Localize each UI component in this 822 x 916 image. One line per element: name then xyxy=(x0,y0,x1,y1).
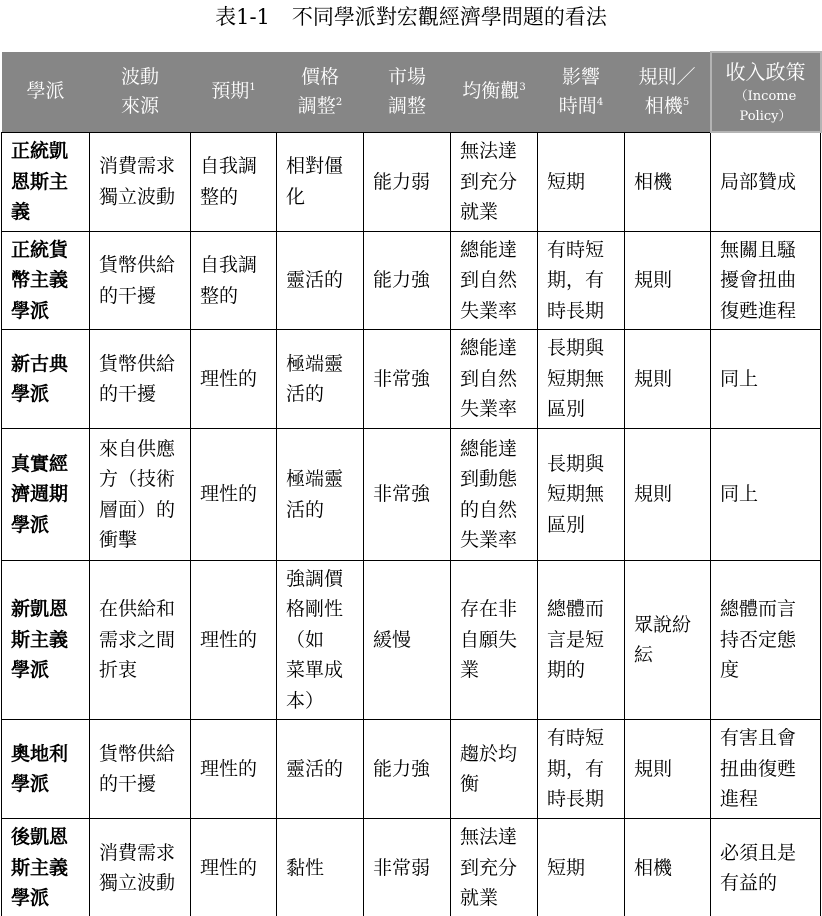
header-time: 影響 時間4 xyxy=(538,52,625,132)
cell-time: 有時短 期，有 時長期 xyxy=(538,720,625,819)
cell-rule: 相機 xyxy=(625,132,711,232)
cell-expectation: 自我調 整的 xyxy=(191,232,277,330)
cell-source: 在供給和 需求之間 折衷 xyxy=(90,561,191,720)
table-caption: 不同學派對宏觀經濟學問題的看法 xyxy=(292,5,607,29)
cell-time: 長期與 短期無 區別 xyxy=(538,429,625,561)
cell-school: 後凱恩 斯主義 學派 xyxy=(2,819,90,916)
cell-price: 極端靈 活的 xyxy=(277,330,364,429)
table-row: 新凱恩 斯主義 學派在供給和 需求之間 折衷理性的強調價 格剛性 （如 菜單成 … xyxy=(2,561,821,720)
table-row: 真實經 濟週期 學派來自供應 方（技術 層面）的 衝擊理性的極端靈 活的非常強總… xyxy=(2,429,821,561)
cell-income: 無關且騷 擾會扭曲 復甦進程 xyxy=(711,232,821,330)
cell-time: 有時短 期，有 時長期 xyxy=(538,232,625,330)
cell-school: 新古典 學派 xyxy=(2,330,90,429)
cell-market: 能力強 xyxy=(364,720,451,819)
cell-source: 貨幣供給 的干擾 xyxy=(90,720,191,819)
cell-market: 非常弱 xyxy=(364,819,451,916)
cell-expectation: 理性的 xyxy=(191,720,277,819)
cell-expectation: 理性的 xyxy=(191,429,277,561)
cell-school: 真實經 濟週期 學派 xyxy=(2,429,90,561)
table-row: 正統貨 幣主義 學派貨幣供給 的干擾自我調 整的靈活的能力強總能達 到自然 失業… xyxy=(2,232,821,330)
table-row: 後凱恩 斯主義 學派消費需求 獨立波動理性的黏性非常弱無法達 到充分 就業短期相… xyxy=(2,819,821,916)
header-rule: 規則／ 相機5 xyxy=(625,52,711,132)
cell-source: 貨幣供給 的干擾 xyxy=(90,232,191,330)
header-expectation: 預期1 xyxy=(191,52,277,132)
cell-price: 黏性 xyxy=(277,819,364,916)
cell-rule: 規則 xyxy=(625,330,711,429)
header-source: 波動 來源 xyxy=(90,52,191,132)
header-equilibrium: 均衡觀3 xyxy=(451,52,538,132)
table-number: 表1-1 xyxy=(215,5,270,29)
cell-market: 緩慢 xyxy=(364,561,451,720)
cell-market: 能力強 xyxy=(364,232,451,330)
cell-expectation: 自我調 整的 xyxy=(191,132,277,232)
cell-income: 必須且是 有益的 xyxy=(711,819,821,916)
cell-price: 靈活的 xyxy=(277,232,364,330)
table-row: 正統凱 恩斯主 義消費需求 獨立波動自我調 整的相對僵 化能力弱無法達 到充分 … xyxy=(2,132,821,232)
cell-source: 消費需求 獨立波動 xyxy=(90,819,191,916)
cell-source: 消費需求 獨立波動 xyxy=(90,132,191,232)
cell-price: 強調價 格剛性 （如 菜單成 本） xyxy=(277,561,364,720)
header-row: 學派 波動 來源 預期1 價格 調整2 市場 調整 均衡觀3 影響 時間4 規則… xyxy=(2,52,821,132)
cell-source: 來自供應 方（技術 層面）的 衝擊 xyxy=(90,429,191,561)
cell-rule: 相機 xyxy=(625,819,711,916)
cell-time: 短期 xyxy=(538,819,625,916)
cell-school: 正統貨 幣主義 學派 xyxy=(2,232,90,330)
cell-expectation: 理性的 xyxy=(191,330,277,429)
cell-rule: 規則 xyxy=(625,429,711,561)
cell-equilibrium: 存在非 自願失 業 xyxy=(451,561,538,720)
cell-expectation: 理性的 xyxy=(191,819,277,916)
cell-equilibrium: 總能達 到動態 的自然 失業率 xyxy=(451,429,538,561)
table-title: 表1-1不同學派對宏觀經濟學問題的看法 xyxy=(0,4,822,30)
cell-expectation: 理性的 xyxy=(191,561,277,720)
cell-time: 總體而 言是短 期的 xyxy=(538,561,625,720)
cell-income: 總體而言 持否定態 度 xyxy=(711,561,821,720)
cell-price: 相對僵 化 xyxy=(277,132,364,232)
table-row: 奧地利 學派貨幣供給 的干擾理性的靈活的能力強趨於均 衡有時短 期，有 時長期規… xyxy=(2,720,821,819)
cell-rule: 規則 xyxy=(625,720,711,819)
cell-equilibrium: 總能達 到自然 失業率 xyxy=(451,330,538,429)
cell-income: 局部贊成 xyxy=(711,132,821,232)
header-school: 學派 xyxy=(2,52,90,132)
cell-income: 同上 xyxy=(711,330,821,429)
header-price-adjustment: 價格 調整2 xyxy=(277,52,364,132)
cell-source: 貨幣供給 的干擾 xyxy=(90,330,191,429)
cell-school: 正統凱 恩斯主 義 xyxy=(2,132,90,232)
cell-time: 短期 xyxy=(538,132,625,232)
cell-equilibrium: 總能達 到自然 失業率 xyxy=(451,232,538,330)
cell-school: 奧地利 學派 xyxy=(2,720,90,819)
cell-equilibrium: 趨於均 衡 xyxy=(451,720,538,819)
header-market-adjustment: 市場 調整 xyxy=(364,52,451,132)
cell-market: 非常強 xyxy=(364,330,451,429)
schools-comparison-table: 學派 波動 來源 預期1 價格 調整2 市場 調整 均衡觀3 影響 時間4 規則… xyxy=(1,51,822,916)
cell-equilibrium: 無法達 到充分 就業 xyxy=(451,132,538,232)
cell-equilibrium: 無法達 到充分 就業 xyxy=(451,819,538,916)
cell-price: 極端靈 活的 xyxy=(277,429,364,561)
cell-income: 同上 xyxy=(711,429,821,561)
cell-time: 長期與 短期無 區別 xyxy=(538,330,625,429)
cell-market: 非常強 xyxy=(364,429,451,561)
cell-market: 能力弱 xyxy=(364,132,451,232)
table-row: 新古典 學派貨幣供給 的干擾理性的極端靈 活的非常強總能達 到自然 失業率長期與… xyxy=(2,330,821,429)
cell-school: 新凱恩 斯主義 學派 xyxy=(2,561,90,720)
cell-rule: 眾說紛 紜 xyxy=(625,561,711,720)
header-income-policy: 收入政策（Income Policy） xyxy=(711,52,821,132)
cell-income: 有害且會 扭曲復甦 進程 xyxy=(711,720,821,819)
cell-rule: 規則 xyxy=(625,232,711,330)
cell-price: 靈活的 xyxy=(277,720,364,819)
